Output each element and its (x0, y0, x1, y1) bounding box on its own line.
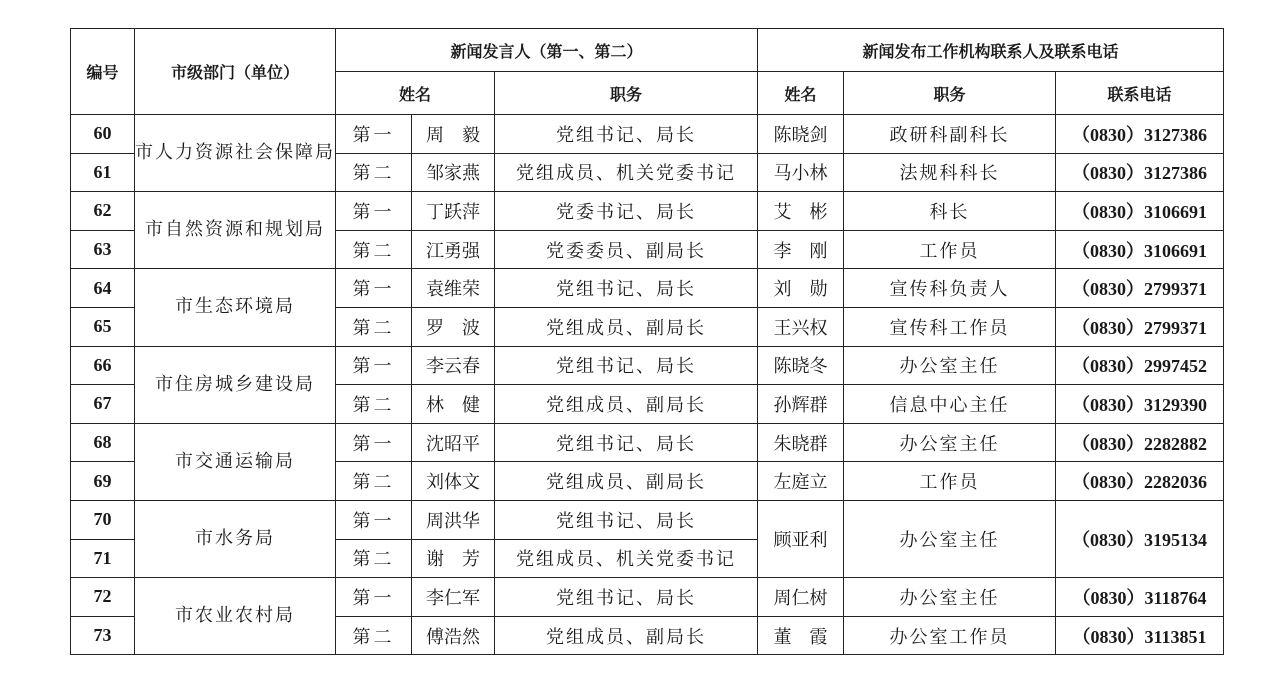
contact-phone: （0830）2282882 (1056, 423, 1224, 462)
contact-name: 顾亚利 (758, 500, 844, 577)
contact-phone: （0830）3106691 (1056, 230, 1224, 269)
spokesperson-name: 袁维荣 (412, 269, 495, 308)
spokesperson-order: 第一 (336, 578, 412, 617)
spokesperson-name: 谢 芳 (412, 539, 495, 578)
spokesperson-duty: 党组书记、局长 (495, 346, 758, 385)
contact-phone: （0830）3106691 (1056, 192, 1224, 231)
contact-duty: 办公室工作员 (844, 616, 1056, 655)
spokesperson-duty: 党委委员、副局长 (495, 230, 758, 269)
row-number: 62 (71, 192, 135, 231)
spokesperson-duty: 党组成员、副局长 (495, 385, 758, 424)
contact-phone: （0830）3195134 (1056, 500, 1224, 577)
spokesperson-order: 第一 (336, 115, 412, 154)
department-name: 市住房城乡建设局 (135, 346, 336, 423)
spokesperson-duty: 党组成员、副局长 (495, 616, 758, 655)
row-number: 72 (71, 578, 135, 617)
header-contact-duty: 职务 (844, 72, 1056, 115)
table-row: 60 市人力资源社会保障局 第一 周 毅 党组书记、局长 陈晓剑 政研科副科长 … (71, 115, 1224, 154)
contact-name: 刘 勋 (758, 269, 844, 308)
row-number: 73 (71, 616, 135, 655)
contact-phone: （0830）3113851 (1056, 616, 1224, 655)
contact-phone: （0830）3129390 (1056, 385, 1224, 424)
department-name: 市生态环境局 (135, 269, 336, 346)
spokesperson-name: 刘体文 (412, 462, 495, 501)
spokesperson-order: 第二 (336, 462, 412, 501)
spokesperson-name: 邹家燕 (412, 153, 495, 192)
spokesperson-order: 第一 (336, 500, 412, 539)
spokesperson-table: 编号 市级部门（单位） 新闻发言人（第一、第二） 新闻发布工作机构联系人及联系电… (70, 28, 1224, 655)
contact-duty: 科长 (844, 192, 1056, 231)
contact-duty: 宣传科负责人 (844, 269, 1056, 308)
spokesperson-name: 林 健 (412, 385, 495, 424)
header-department: 市级部门（单位） (135, 29, 336, 115)
department-name: 市人力资源社会保障局 (135, 115, 336, 192)
department-name: 市农业农村局 (135, 578, 336, 655)
spokesperson-order: 第二 (336, 539, 412, 578)
header-contact-group: 新闻发布工作机构联系人及联系电话 (758, 29, 1224, 72)
spokesperson-name: 沈昭平 (412, 423, 495, 462)
contact-duty: 工作员 (844, 230, 1056, 269)
table-row: 70 市水务局 第一 周洪华 党组书记、局长 顾亚利 办公室主任 （0830）3… (71, 500, 1224, 539)
contact-name: 艾 彬 (758, 192, 844, 231)
row-number: 66 (71, 346, 135, 385)
table-row: 72 市农业农村局 第一 李仁军 党组书记、局长 周仁树 办公室主任 （0830… (71, 578, 1224, 617)
contact-duty: 办公室主任 (844, 578, 1056, 617)
contact-duty: 工作员 (844, 462, 1056, 501)
contact-phone: （0830）3118764 (1056, 578, 1224, 617)
contact-name: 左庭立 (758, 462, 844, 501)
header-contact-name: 姓名 (758, 72, 844, 115)
table-row: 62 市自然资源和规划局 第一 丁跃萍 党委书记、局长 艾 彬 科长 （0830… (71, 192, 1224, 231)
spokesperson-duty: 党组成员、机关党委书记 (495, 153, 758, 192)
contact-duty: 信息中心主任 (844, 385, 1056, 424)
spokesperson-duty: 党组书记、局长 (495, 423, 758, 462)
contact-name: 朱晓群 (758, 423, 844, 462)
contact-name: 王兴权 (758, 307, 844, 346)
spokesperson-order: 第二 (336, 307, 412, 346)
contact-name: 孙辉群 (758, 385, 844, 424)
contact-duty: 政研科副科长 (844, 115, 1056, 154)
row-number: 69 (71, 462, 135, 501)
contact-name: 马小林 (758, 153, 844, 192)
row-number: 63 (71, 230, 135, 269)
row-number: 70 (71, 500, 135, 539)
spokesperson-order: 第一 (336, 346, 412, 385)
contact-phone: （0830）2997452 (1056, 346, 1224, 385)
spokesperson-name: 傅浩然 (412, 616, 495, 655)
spokesperson-order: 第二 (336, 230, 412, 269)
row-number: 65 (71, 307, 135, 346)
contact-phone: （0830）2282036 (1056, 462, 1224, 501)
row-number: 64 (71, 269, 135, 308)
spokesperson-name: 周 毅 (412, 115, 495, 154)
header-spokesperson-name: 姓名 (336, 72, 495, 115)
spokesperson-name: 罗 波 (412, 307, 495, 346)
contact-duty: 宣传科工作员 (844, 307, 1056, 346)
spokesperson-name: 李云春 (412, 346, 495, 385)
table-row: 68 市交通运输局 第一 沈昭平 党组书记、局长 朱晓群 办公室主任 （0830… (71, 423, 1224, 462)
spokesperson-duty: 党组书记、局长 (495, 115, 758, 154)
spokesperson-name: 李仁军 (412, 578, 495, 617)
contact-phone: （0830）3127386 (1056, 115, 1224, 154)
contact-phone: （0830）3127386 (1056, 153, 1224, 192)
contact-name: 陈晓剑 (758, 115, 844, 154)
contact-duty: 办公室主任 (844, 346, 1056, 385)
contact-phone: （0830）2799371 (1056, 307, 1224, 346)
spokesperson-order: 第一 (336, 423, 412, 462)
row-number: 67 (71, 385, 135, 424)
contact-duty: 办公室主任 (844, 500, 1056, 577)
spokesperson-name: 丁跃萍 (412, 192, 495, 231)
spokesperson-duty: 党组书记、局长 (495, 578, 758, 617)
spokesperson-duty: 党组书记、局长 (495, 500, 758, 539)
spokesperson-duty: 党委书记、局长 (495, 192, 758, 231)
spokesperson-name: 周洪华 (412, 500, 495, 539)
row-number: 71 (71, 539, 135, 578)
department-name: 市交通运输局 (135, 423, 336, 500)
spokesperson-duty: 党组成员、副局长 (495, 307, 758, 346)
header-number: 编号 (71, 29, 135, 115)
row-number: 60 (71, 115, 135, 154)
spokesperson-duty: 党组成员、机关党委书记 (495, 539, 758, 578)
spokesperson-order: 第二 (336, 616, 412, 655)
header-row-1: 编号 市级部门（单位） 新闻发言人（第一、第二） 新闻发布工作机构联系人及联系电… (71, 29, 1224, 72)
header-contact-phone: 联系电话 (1056, 72, 1224, 115)
spokesperson-order: 第二 (336, 385, 412, 424)
spokesperson-duty: 党组书记、局长 (495, 269, 758, 308)
contact-name: 董 霞 (758, 616, 844, 655)
spokesperson-order: 第一 (336, 269, 412, 308)
spokesperson-name: 江勇强 (412, 230, 495, 269)
contact-name: 陈晓冬 (758, 346, 844, 385)
contact-duty: 办公室主任 (844, 423, 1056, 462)
spokesperson-order: 第二 (336, 153, 412, 192)
department-name: 市水务局 (135, 500, 336, 577)
department-name: 市自然资源和规划局 (135, 192, 336, 269)
contact-duty: 法规科科长 (844, 153, 1056, 192)
header-spokesperson-group: 新闻发言人（第一、第二） (336, 29, 758, 72)
row-number: 61 (71, 153, 135, 192)
row-number: 68 (71, 423, 135, 462)
spokesperson-order: 第一 (336, 192, 412, 231)
table-row: 66 市住房城乡建设局 第一 李云春 党组书记、局长 陈晓冬 办公室主任 （08… (71, 346, 1224, 385)
spokesperson-duty: 党组成员、副局长 (495, 462, 758, 501)
contact-name: 周仁树 (758, 578, 844, 617)
table-row: 64 市生态环境局 第一 袁维荣 党组书记、局长 刘 勋 宣传科负责人 （083… (71, 269, 1224, 308)
header-spokesperson-duty: 职务 (495, 72, 758, 115)
contact-phone: （0830）2799371 (1056, 269, 1224, 308)
contact-name: 李 刚 (758, 230, 844, 269)
